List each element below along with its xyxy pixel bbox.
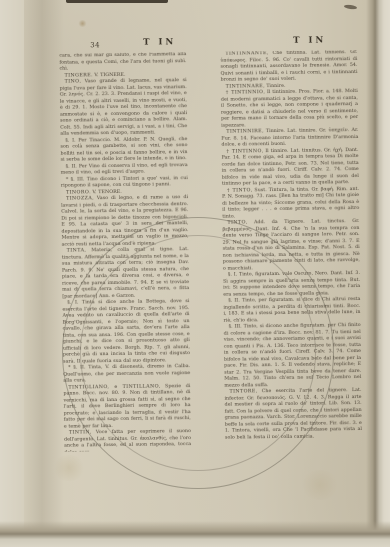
page-bottom-edge-shadow xyxy=(0,521,390,547)
dictionary-entry: * §. II. Tinta, V. di disonestà, diremo … xyxy=(63,364,190,385)
dictionary-entry: TINTINNANTE, Che tintinna. Lat. tinniens… xyxy=(220,50,357,84)
dictionary-entry: TINTINNIRE, Tinnire. Lat. tinnire. Gr. ὑ… xyxy=(221,128,358,149)
scanned-book-page: 34 T IN T IN cara, che sul mar gli salut… xyxy=(0,0,390,547)
entry-headword: † TINTINNO xyxy=(226,149,261,154)
page-content: 34 T IN T IN cara, che sul mar gli salut… xyxy=(0,0,390,547)
dictionary-entry: TINTIGLIANO, e TINTILLANO, Spezie di pan… xyxy=(63,384,191,431)
entry-headword: TINTIN xyxy=(69,430,90,435)
entry-headword: TINTINNIRE xyxy=(226,129,262,134)
dictionary-entry: TINTORE, Che esercita l'arte del tignere… xyxy=(224,388,362,439)
entry-headword: TINO xyxy=(65,79,80,84)
dictionary-entry: §. I. Tinta si dice anche la Bottega, do… xyxy=(62,299,190,366)
dictionary-entry: † TINTINNO, Il tinnire. Lat. tinnitus. G… xyxy=(221,147,358,188)
entry-headword: TINOZZA xyxy=(66,196,92,201)
dictionary-entry: * §. III. Tino dicono i Tintori a que' v… xyxy=(61,176,188,191)
entry-headword: TINTINNANTE xyxy=(225,51,267,57)
dictionary-entry: TINTA, Materia, colla qual si tigne. Lat… xyxy=(62,247,190,301)
dictionary-entry: §. III. Tinto, si dicono anche figuratam… xyxy=(224,323,362,390)
dictionary-entry: † TINTINNIO, Il tintinnire. Pros. Fior. … xyxy=(221,89,358,130)
running-head-left: T IN xyxy=(143,37,176,47)
dictionary-entry: TINO, Vaso grande di legname, nel quale … xyxy=(60,78,188,138)
page-right-edge-shadow xyxy=(366,0,390,547)
dictionary-entry: TINTIN, Voce fatta per esprimere il suon… xyxy=(64,429,191,452)
entry-headword: TINTORE xyxy=(229,389,255,394)
running-head-right: T IN xyxy=(293,35,326,45)
dictionary-entry: TINTO, Add. da Tignere. Lat. tinctus. Gr… xyxy=(222,219,360,273)
column-left: cara, che sul mar gli salutò, è che Fiam… xyxy=(59,52,191,452)
entry-headword: TINTINNARE xyxy=(226,84,263,89)
dictionary-entry: cara, che sul mar gli salutò, è che Fiam… xyxy=(59,52,186,73)
entry-headword: TINGERE xyxy=(65,73,92,78)
dictionary-entry: TINOZZA, Vaso di legno, e di rame a uso … xyxy=(61,195,189,249)
entry-headword: † TINTINNIO xyxy=(226,90,264,95)
entry-headword: TINTIGLIANO, e TINTILLANO xyxy=(68,384,159,390)
entry-headword: TINTO xyxy=(227,220,245,225)
page-number: 34 xyxy=(90,41,100,49)
entry-headword: TINORO xyxy=(66,190,89,195)
dictionary-entry: §. II. Tinto, per figuratam. si dice di … xyxy=(223,297,360,325)
dictionary-entry: † TINTO, Sust. Tintura, la tinta. Gr. βα… xyxy=(222,186,359,220)
entry-headword: † TINTO xyxy=(227,188,251,193)
dictionary-entry: §. I. Tinto, figuratam. vale Oscuro, Ner… xyxy=(223,271,360,299)
entry-headword: TINTA xyxy=(67,248,85,253)
dictionary-entry: §. I. Per Tinaccio. M. Aldobr. P. N. Que… xyxy=(60,137,187,165)
column-right: TINTINNANTE, Che tintinna. Lat. tinniens… xyxy=(220,50,362,439)
